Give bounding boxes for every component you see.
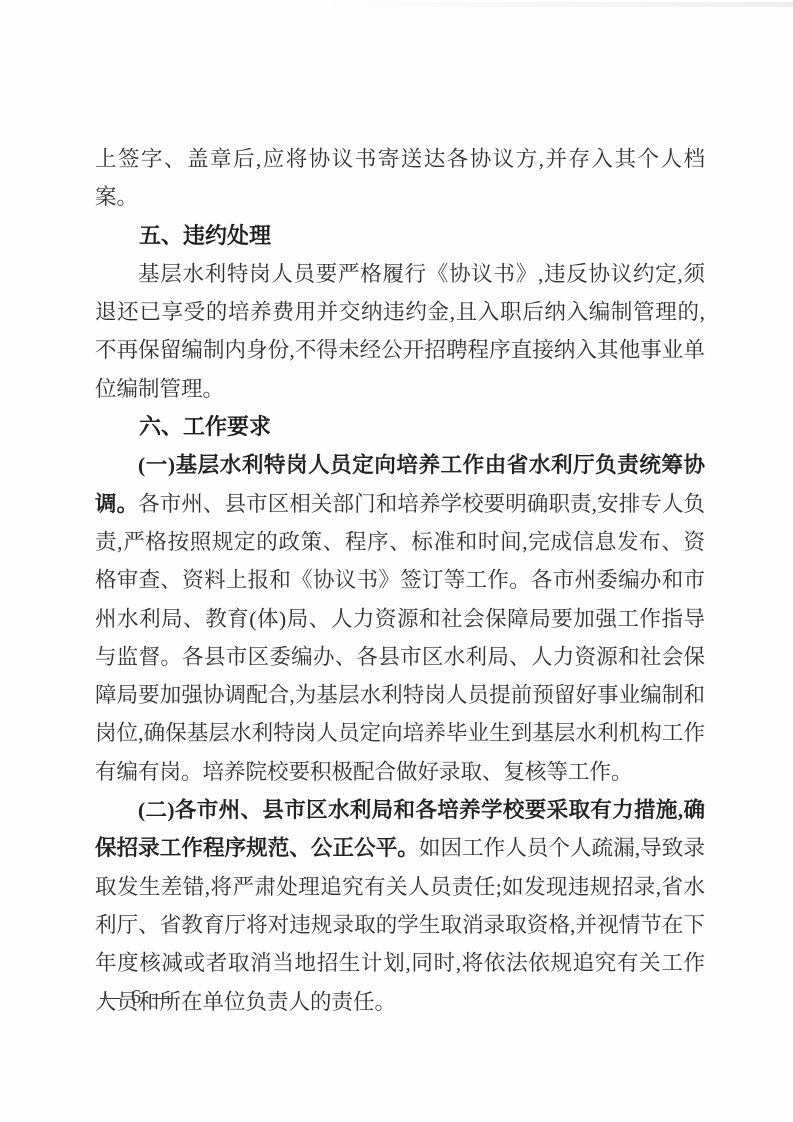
document-page: 上签字、盖章后,应将协议书寄送达各协议方,并存入其个人档案。 五、违约处理 基层… <box>0 0 793 1122</box>
item-1-body: 各市州、县市区相关部门和培养学校要明确职责,安排专人负责,严格按照规定的政策、程… <box>95 492 705 784</box>
section-5-paragraph: 基层水利特岗人员要严格履行《协议书》,违反协议约定,须退还已享受的培养费用并交纳… <box>95 255 705 408</box>
paragraph-continuation: 上签字、盖章后,应将协议书寄送达各协议方,并存入其个人档案。 <box>95 140 705 217</box>
section-6-item-2: (二)各市州、县市区水利局和各培养学校要采取有力措施,确保招录工作程序规范、公正… <box>95 791 705 1021</box>
document-body: 上签字、盖章后,应将协议书寄送达各协议方,并存入其个人档案。 五、违约处理 基层… <box>95 140 705 1021</box>
section-6-heading: 六、工作要求 <box>95 408 705 446</box>
scan-artifact-line <box>280 2 793 7</box>
page-number: — 6 — <box>100 986 175 1009</box>
section-6-item-1: (一)基层水利特岗人员定向培养工作由省水利厅负责统筹协调。各市州、县市区相关部门… <box>95 446 705 791</box>
item-2-body: 如因工作人员个人疏漏,导致录取发生差错,将严肃处理追究有关人员责任;如发现违规招… <box>95 836 705 1013</box>
section-5-heading: 五、违约处理 <box>95 217 705 255</box>
